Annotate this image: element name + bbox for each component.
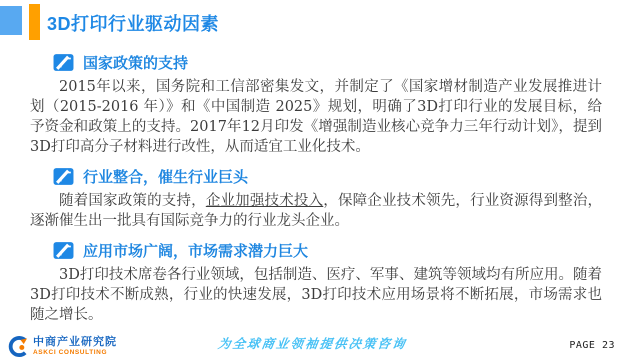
section-1-heading: 国家政策的支持 bbox=[83, 52, 188, 73]
content-area: 国家政策的支持 2015年以来，国务院和工信部密集发文，并制定了《国家增材制造产… bbox=[30, 51, 602, 333]
underlined-text: 企业加强技术投入 bbox=[206, 193, 323, 209]
section-3-heading-row: 应用市场广阔，市场需求潜力巨大 bbox=[53, 239, 602, 261]
slide-canvas: 3D打印行业驱动因素 国家政策的支持 2015年以来，国务院和工信部密集发文，并… bbox=[0, 0, 625, 360]
compose-note-icon bbox=[53, 52, 74, 73]
section-3-heading: 应用市场广阔，市场需求潜力巨大 bbox=[83, 240, 308, 261]
compose-note-icon bbox=[53, 240, 74, 261]
section-2-paragraph: 随着国家政策的支持，企业加强技术投入，保障企业技术领先，行业资源得到整治，逐渐催… bbox=[30, 191, 602, 231]
section-3-paragraph: 3D打印技术席卷各行业领域，包括制造、医疗、军事、建筑等领域均有所应用。随着3D… bbox=[30, 265, 602, 325]
page-number: PAGE 23 bbox=[569, 340, 615, 351]
footer-slogan: 为全球商业领袖提供决策咨询 bbox=[0, 334, 625, 352]
section-2-heading: 行业整合，催生行业巨头 bbox=[83, 166, 248, 187]
header-orange-bar bbox=[29, 4, 40, 40]
paragraph-text: 3D打印技术席卷各行业领域，包括制造、医疗、军事、建筑等领域均有所应用。随着3D… bbox=[30, 267, 602, 323]
paragraph-text: 2015年以来，国务院和工信部密集发文，并制定了《国家增材制造产业发展推进计划（… bbox=[30, 79, 602, 155]
section-1-heading-row: 国家政策的支持 bbox=[53, 51, 602, 73]
header-blue-square bbox=[0, 6, 22, 35]
section-2-heading-row: 行业整合，催生行业巨头 bbox=[53, 165, 602, 187]
section-1-paragraph: 2015年以来，国务院和工信部密集发文，并制定了《国家增材制造产业发展推进计划（… bbox=[30, 77, 602, 157]
compose-note-icon bbox=[53, 166, 74, 187]
paragraph-text: 随着国家政策的支持， bbox=[59, 193, 206, 209]
page-title: 3D打印行业驱动因素 bbox=[47, 10, 219, 36]
